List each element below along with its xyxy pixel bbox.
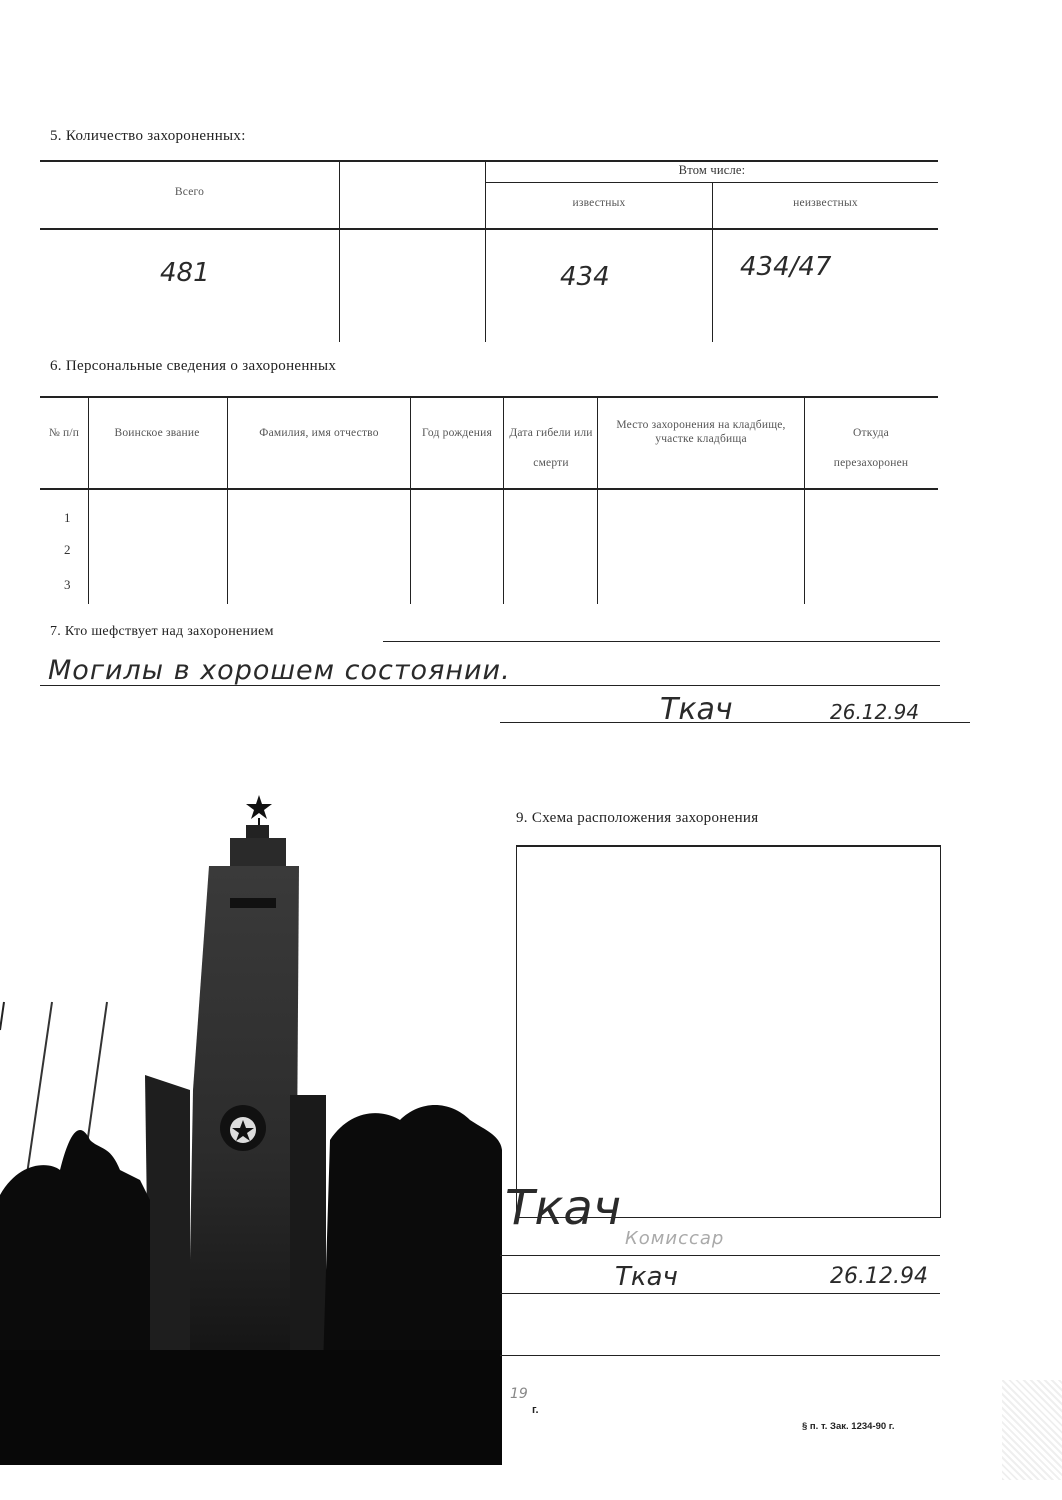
col-divider (88, 396, 89, 604)
signature-line-3 (500, 1355, 940, 1356)
stamp-text: Комиссар (625, 1228, 724, 1249)
value-known: 434 (560, 262, 610, 292)
commissioner-date: 26.12.94 (830, 1264, 928, 1289)
note-line (40, 685, 940, 686)
commissioner-signature: Ткач (615, 1262, 678, 1292)
signature-date: 26.12.94 (830, 700, 919, 724)
memorial-obelisk-image (0, 790, 502, 1465)
header-known: известных (486, 196, 712, 210)
col-header-rank: Воинское звание (112, 418, 202, 448)
stamp-signature: Ткач (505, 1180, 621, 1236)
section7-label: 7. Кто шефствует над захоронением (50, 624, 274, 640)
table-row-num: 3 (64, 577, 71, 593)
burial-scheme-box (516, 845, 941, 1218)
header-total: Всего (40, 185, 339, 199)
star-icon (246, 795, 272, 819)
table-top-border (40, 160, 938, 162)
condition-note: Могилы в хорошем состоянии. (48, 655, 511, 686)
col-header-birth-year: Год рождения (412, 418, 502, 448)
value-unknown: 434/47 (740, 252, 831, 282)
header-unknown: неизвестных (713, 196, 938, 210)
col-divider (597, 396, 598, 604)
signature-line-1 (500, 1255, 940, 1256)
year-suffix: г. (532, 1404, 539, 1416)
col-header-name: Фамилия, имя отчество (255, 418, 383, 448)
memorial-photo (0, 790, 502, 1465)
patron-field-line (383, 641, 940, 642)
col-header-place: Место захоронения на кладбище, участке к… (615, 418, 787, 446)
signature-line-2 (500, 1293, 940, 1294)
header-including: Втом числе: (486, 163, 938, 177)
table-row-num: 1 (64, 510, 71, 526)
scan-artifact (1002, 1380, 1062, 1480)
col-divider (339, 160, 340, 342)
col-header-from: Откуда перезахоронен (815, 418, 927, 478)
year-prefix: 19 (510, 1386, 528, 1402)
table-row-num: 2 (64, 542, 71, 558)
col-divider (410, 396, 411, 604)
col-divider (485, 160, 486, 342)
value-total: 481 (160, 258, 210, 288)
col-divider (503, 396, 504, 604)
col-divider (227, 396, 228, 604)
section9-title: 9. Схема расположения захоронения (516, 810, 758, 827)
col-header-num: № п/п (40, 418, 88, 448)
section5-title: 5. Количество захороненных: (50, 128, 246, 145)
header-bottom-border (40, 228, 938, 230)
col-divider (804, 396, 805, 604)
col-header-death-date: Дата гибели или смерти (505, 418, 597, 478)
section6-title: 6. Персональные сведения о захороненных (50, 358, 336, 375)
signature-line (500, 722, 970, 723)
print-info: § п. т. Зак. 1234-90 г. (802, 1421, 894, 1432)
